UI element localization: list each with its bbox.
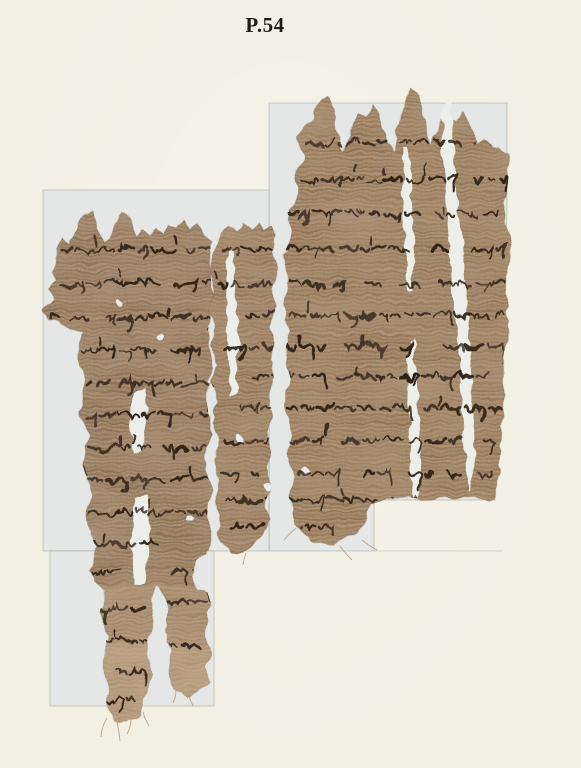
- book-page: P.54: [0, 0, 581, 768]
- papyrus-photograph: [0, 0, 581, 768]
- papyrus-plate: [0, 0, 581, 768]
